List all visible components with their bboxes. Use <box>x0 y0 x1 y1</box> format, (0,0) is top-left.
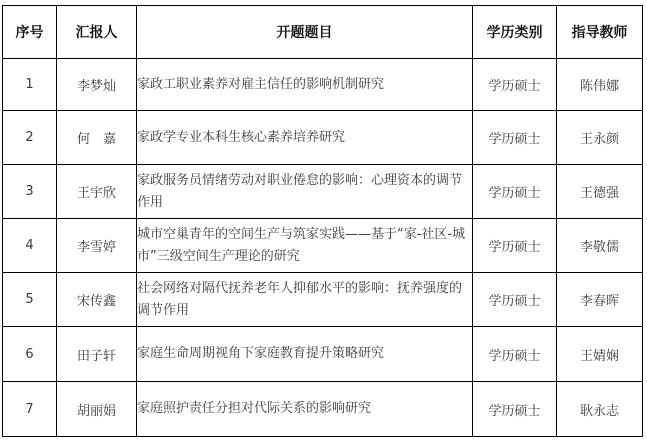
cell-no: 3 <box>3 165 57 219</box>
cell-topic: 家政工职业素养对雇主信任的影响机制研究 <box>137 59 473 111</box>
cell-topic: 家庭生命周期视角下家庭教育提升策略研究 <box>137 327 473 382</box>
cell-advisor: 王婧娴 <box>557 327 643 382</box>
cell-degree: 学历硕士 <box>473 111 557 165</box>
cell-no: 4 <box>3 219 57 273</box>
cell-reporter: 李雪婷 <box>57 219 137 273</box>
cell-no: 5 <box>3 273 57 327</box>
header-degree: 学历类别 <box>473 6 557 59</box>
cell-advisor: 耿永志 <box>557 382 643 437</box>
cell-advisor: 王永颜 <box>557 111 643 165</box>
cell-no: 6 <box>3 327 57 382</box>
table-row: 3 王宇欣 家政服务员情绪劳动对职业倦怠的影响：心理资本的调节作用 学历硕士 王… <box>3 165 643 219</box>
cell-degree: 学历硕士 <box>473 165 557 219</box>
cell-no: 2 <box>3 111 57 165</box>
header-row: 序号 汇报人 开题题目 学历类别 指导教师 <box>3 6 643 59</box>
cell-degree: 学历硕士 <box>473 327 557 382</box>
cell-reporter: 何 嘉 <box>57 111 137 165</box>
cell-degree: 学历硕士 <box>473 382 557 437</box>
cell-advisor: 陈伟娜 <box>557 59 643 111</box>
table-row: 6 田子轩 家庭生命周期视角下家庭教育提升策略研究 学历硕士 王婧娴 <box>3 327 643 382</box>
cell-degree: 学历硕士 <box>473 219 557 273</box>
header-topic: 开题题目 <box>137 6 473 59</box>
table-row: 4 李雪婷 城市空巢青年的空间生产与筑家实践——基于“家-社区-城市”三级空间生… <box>3 219 643 273</box>
cell-advisor: 王德强 <box>557 165 643 219</box>
table-row: 7 胡丽娟 家庭照护责任分担对代际关系的影响研究 学历硕士 耿永志 <box>3 382 643 437</box>
table-row: 1 李梦灿 家政工职业素养对雇主信任的影响机制研究 学历硕士 陈伟娜 <box>3 59 643 111</box>
cell-topic: 家政学专业本科生核心素养培养研究 <box>137 111 473 165</box>
table-row: 5 宋传鑫 社会网络对隔代抚养老年人抑郁水平的影响：抚养强度的调节作用 学历硕士… <box>3 273 643 327</box>
cell-topic: 家政服务员情绪劳动对职业倦怠的影响：心理资本的调节作用 <box>137 165 473 219</box>
header-advisor: 指导教师 <box>557 6 643 59</box>
cell-no: 7 <box>3 382 57 437</box>
table-row: 2 何 嘉 家政学专业本科生核心素养培养研究 学历硕士 王永颜 <box>3 111 643 165</box>
cell-topic: 社会网络对隔代抚养老年人抑郁水平的影响：抚养强度的调节作用 <box>137 273 473 327</box>
cell-degree: 学历硕士 <box>473 59 557 111</box>
cell-advisor: 李敬儒 <box>557 219 643 273</box>
header-reporter: 汇报人 <box>57 6 137 59</box>
cell-reporter: 王宇欣 <box>57 165 137 219</box>
cell-reporter: 田子轩 <box>57 327 137 382</box>
cell-reporter: 李梦灿 <box>57 59 137 111</box>
cell-reporter: 胡丽娟 <box>57 382 137 437</box>
cell-topic: 家庭照护责任分担对代际关系的影响研究 <box>137 382 473 437</box>
cell-reporter: 宋传鑫 <box>57 273 137 327</box>
cell-advisor: 李春晖 <box>557 273 643 327</box>
cell-topic: 城市空巢青年的空间生产与筑家实践——基于“家-社区-城市”三级空间生产理论的研究 <box>137 219 473 273</box>
report-schedule-table: 序号 汇报人 开题题目 学历类别 指导教师 1 李梦灿 家政工职业素养对雇主信任… <box>2 5 643 437</box>
cell-degree: 学历硕士 <box>473 273 557 327</box>
cell-no: 1 <box>3 59 57 111</box>
header-no: 序号 <box>3 6 57 59</box>
